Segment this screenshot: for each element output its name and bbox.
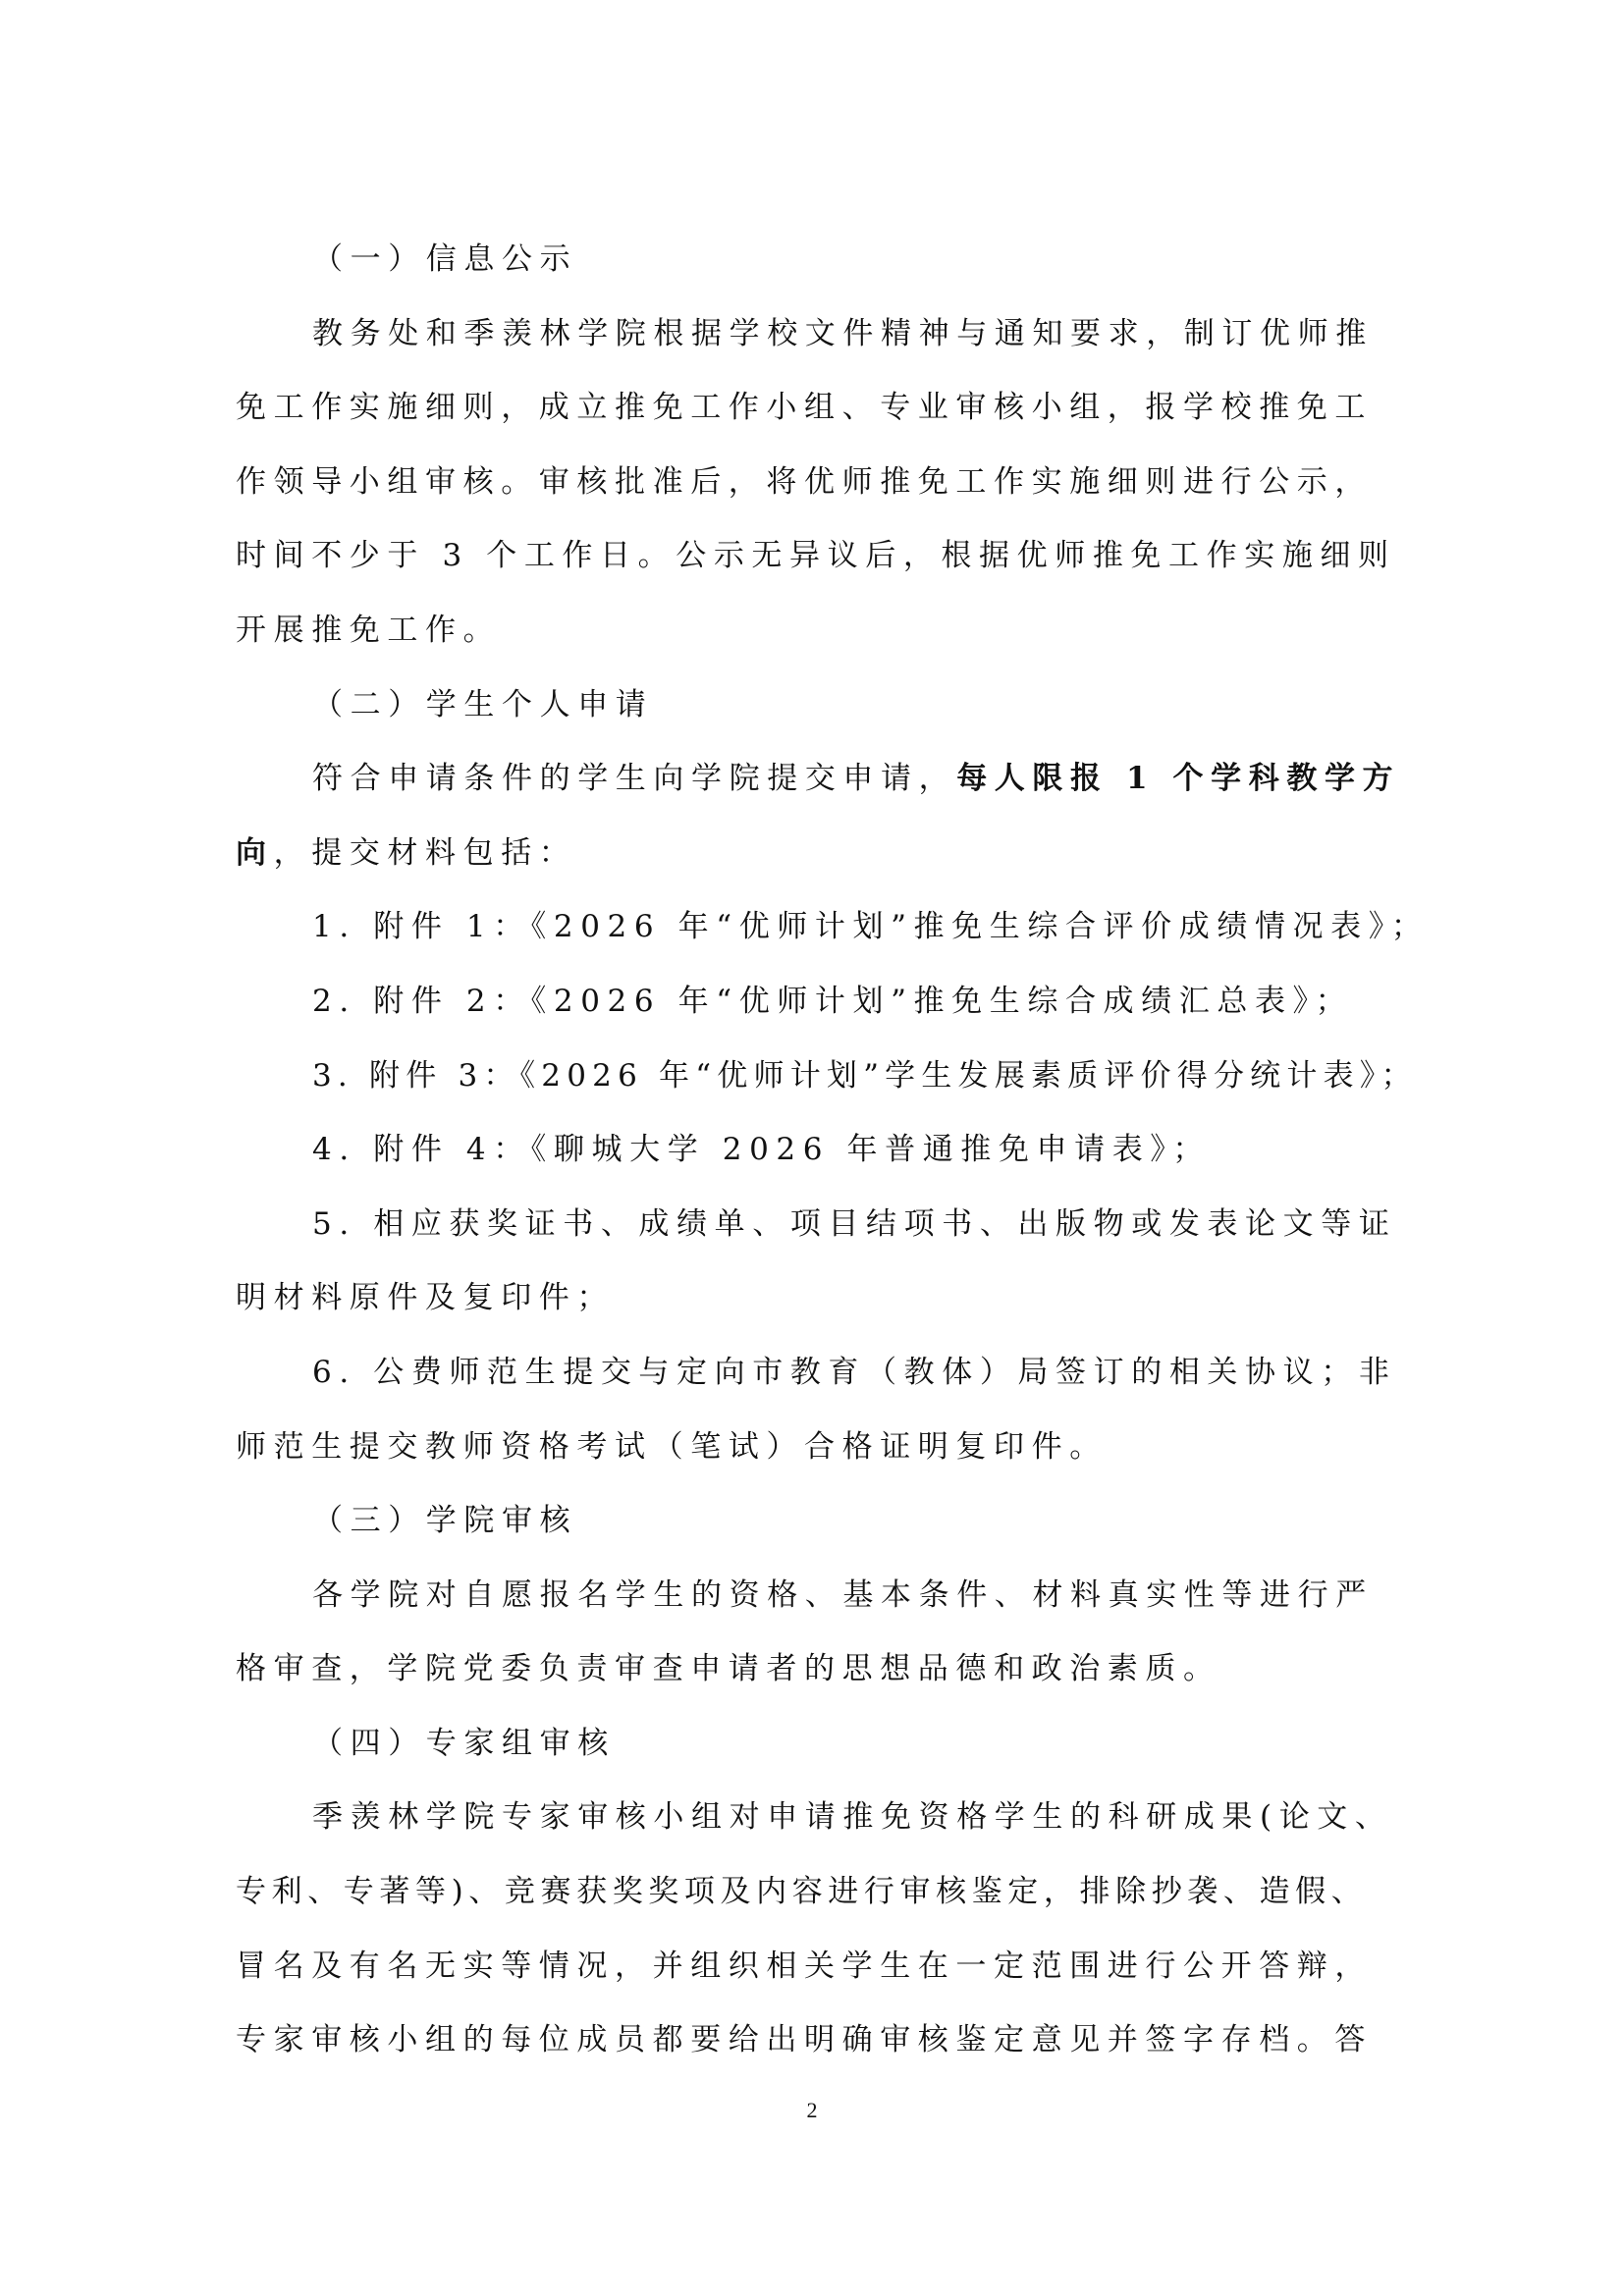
list-item-attachment-4: 4. 附件 4：《聊城大学 2026 年普通推免申请表》； — [236, 1113, 1380, 1188]
paragraph-line: 教务处和季羡林学院根据学校文件精神与通知要求，制订优师推 — [236, 297, 1380, 372]
page-number: 2 — [0, 2095, 1624, 2126]
list-item-attachment-1: 1. 附件 1：《2026 年“优师计划”推免生综合评价成绩情况表》； — [236, 890, 1380, 965]
list-item-5-continued: 明材料原件及复印件； — [236, 1261, 1380, 1336]
paragraph-line: 免工作实施细则，成立推免工作小组、专业审核小组，报学校推免工 — [236, 371, 1380, 446]
paragraph-line: 专利、专著等)、竞赛获奖奖项及内容进行审核鉴定，排除抄袭、造假、 — [236, 1855, 1380, 1930]
paragraph-line: 向，提交材料包括： — [236, 817, 1380, 891]
paragraph-line: 时间不少于 3 个工作日。公示无异议后，根据优师推免工作实施细则 — [236, 519, 1380, 594]
paragraph-line: 专家审核小组的每位成员都要给出明确审核鉴定意见并签字存档。答 — [236, 2003, 1380, 2078]
list-item-attachment-3: 3. 附件 3：《2026 年“优师计划”学生发展素质评价得分统计表》； — [236, 1040, 1380, 1114]
section-heading-student-application: （二）学生个人申请 — [236, 668, 1380, 743]
paragraph-line: 冒名及有名无实等情况，并组织相关学生在一定范围进行公开答辩， — [236, 1930, 1380, 2004]
paragraph-line: 符合申请条件的学生向学院提交申请，每人限报 1 个学科教学方 — [236, 742, 1380, 817]
paragraph-line: 季羡林学院专家审核小组对申请推免资格学生的科研成果(论文、 — [236, 1781, 1380, 1855]
paragraph-line: 各学院对自愿报名学生的资格、基本条件、材料真实性等进行严 — [236, 1559, 1380, 1633]
section-heading-expert-review: （四）专家组审核 — [236, 1707, 1380, 1782]
list-item-5: 5. 相应获奖证书、成绩单、项目结项书、出版物或发表论文等证 — [236, 1188, 1380, 1262]
list-item-attachment-2: 2. 附件 2：《2026 年“优师计划”推免生综合成绩汇总表》； — [236, 965, 1380, 1040]
paragraph-line: 开展推免工作。 — [236, 594, 1380, 668]
intro-text: 符合申请条件的学生向学院提交申请， — [312, 761, 956, 796]
document-body: （一）信息公示 教务处和季羡林学院根据学校文件精神与通知要求，制订优师推 免工作… — [236, 223, 1380, 2078]
intro-text: ，提交材料包括： — [274, 835, 577, 871]
section-heading-college-review: （三）学院审核 — [236, 1484, 1380, 1559]
paragraph-line: 作领导小组审核。审核批准后，将优师推免工作实施细则进行公示， — [236, 446, 1380, 520]
section-heading-info-disclosure: （一）信息公示 — [236, 223, 1380, 297]
intro-emphasis: 向 — [236, 835, 274, 871]
list-item-6: 6. 公费师范生提交与定向市教育（教体）局签订的相关协议；非 — [236, 1336, 1380, 1411]
list-item-6-continued: 师范生提交教师资格考试（笔试）合格证明复印件。 — [236, 1411, 1380, 1485]
intro-emphasis: 每人限报 1 个学科教学方 — [956, 761, 1400, 796]
paragraph-line: 格审查，学院党委负责审查申请者的思想品德和政治素质。 — [236, 1632, 1380, 1707]
